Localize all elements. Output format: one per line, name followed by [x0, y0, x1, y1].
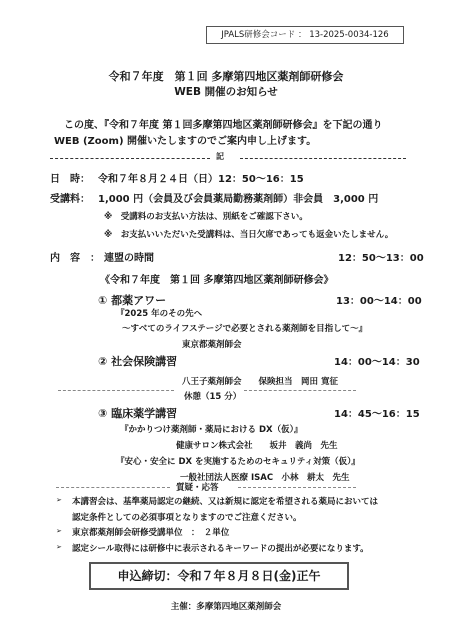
opening-title: 連盟の時間: [104, 249, 154, 264]
item-3-time: 14：45～16：15: [334, 405, 420, 420]
item-3-talk-1: 『かかりつけ薬剤師・薬局における DX（仮）』: [120, 423, 302, 435]
qa-label: 質疑・応答: [176, 481, 219, 493]
item-3-title: ③ 臨床薬学講習: [98, 405, 177, 421]
session-heading: 《令和７年度 第１回 多摩第四地区薬剤師研修会》: [100, 271, 333, 286]
fee-note-2: ※ お支払いいただいた受講料は、当日欠席であっても返金いたしません。: [104, 228, 393, 240]
bullet-3: 認定シール取得には研修中に表示されるキーワードの提出が必要になります。: [72, 542, 369, 554]
item-2-speaker: 八王子薬剤師会 保険担当 岡田 寛征: [182, 375, 338, 387]
datetime-label: 日 時：: [50, 170, 90, 185]
item-2-title: ② 社会保険講習: [98, 353, 177, 369]
bullet-1-cont: 認定条件としての必須事項となりますのでご注意ください。: [72, 511, 302, 523]
datetime-value: 令和７年８月２４日（日）12：50～16：15: [98, 170, 304, 185]
item-3-talk-2: 『安心・安全に DX を実施するためのセキュリティ対策（仮）』: [116, 455, 360, 467]
item-1-title: ① 都薬アワー: [98, 292, 166, 308]
fee-note-1: ※ 受講料のお支払い方法は、別紙をご確認下さい。: [104, 210, 308, 222]
separator-right: [240, 158, 406, 159]
intro-line-1: この度、『令和７年度 第１回多摩第四地区薬剤師研修会』を下記の通り: [64, 116, 382, 131]
deadline-box: 申込締切：令和７年８月８日(金)正午: [89, 562, 349, 590]
break-line-right: [244, 390, 356, 391]
bullet-marker-icon: ➢: [56, 527, 62, 535]
intro-line-2: WEB (Zoom) 開催いたしますのでご案内申し上げます。: [54, 132, 316, 147]
item-1-speaker: 東京都薬剤師会: [182, 338, 242, 350]
break-line-left: [58, 390, 174, 391]
break-label: 休憩（15 分）: [184, 390, 241, 402]
page-subtitle: WEB 開催のお知らせ: [0, 84, 452, 99]
item-1-time: 13：00～14：00: [336, 292, 422, 307]
jpals-code-box: JPALS研修会コード ： 13-2025-0034-126: [206, 26, 404, 44]
bullet-marker-icon: ➢: [56, 496, 62, 504]
qa-line-left: [56, 487, 170, 488]
separator-label: 記: [216, 151, 224, 162]
organizer: 主催：多摩第四地区薬剤師会: [0, 600, 452, 612]
page-title: 令和７年度 第１回 多摩第四地区薬剤師研修会: [0, 68, 452, 84]
fee-label: 受講料：: [50, 190, 90, 205]
bullet-2: 東京都薬剤師会研修受講単位 ： ２単位: [72, 526, 229, 538]
item-1-subtitle-2: ～すべてのライフステージで必要とされる薬剤師を目指して～』: [122, 322, 367, 334]
item-3-speaker-1: 健康サロン株式会社 坂井 義尚 先生: [176, 439, 338, 451]
content-label: 内 容 ：: [50, 249, 100, 264]
fee-value: 1,000 円（会員及び会員薬局勤務薬剤師）非会員 3,000 円: [98, 190, 378, 205]
item-1-subtitle-1: 『2025 年のその先へ: [116, 307, 202, 319]
opening-time: 12：50～13：00: [338, 249, 424, 264]
bullet-1: 本講習会は、基準薬局認定の継続、又は新規に認定を希望される薬局においては: [72, 495, 378, 507]
bullet-marker-icon: ➢: [56, 543, 62, 551]
item-2-time: 14：00～14：30: [334, 353, 420, 368]
qa-line-right: [238, 487, 356, 488]
separator-left: [50, 158, 210, 159]
